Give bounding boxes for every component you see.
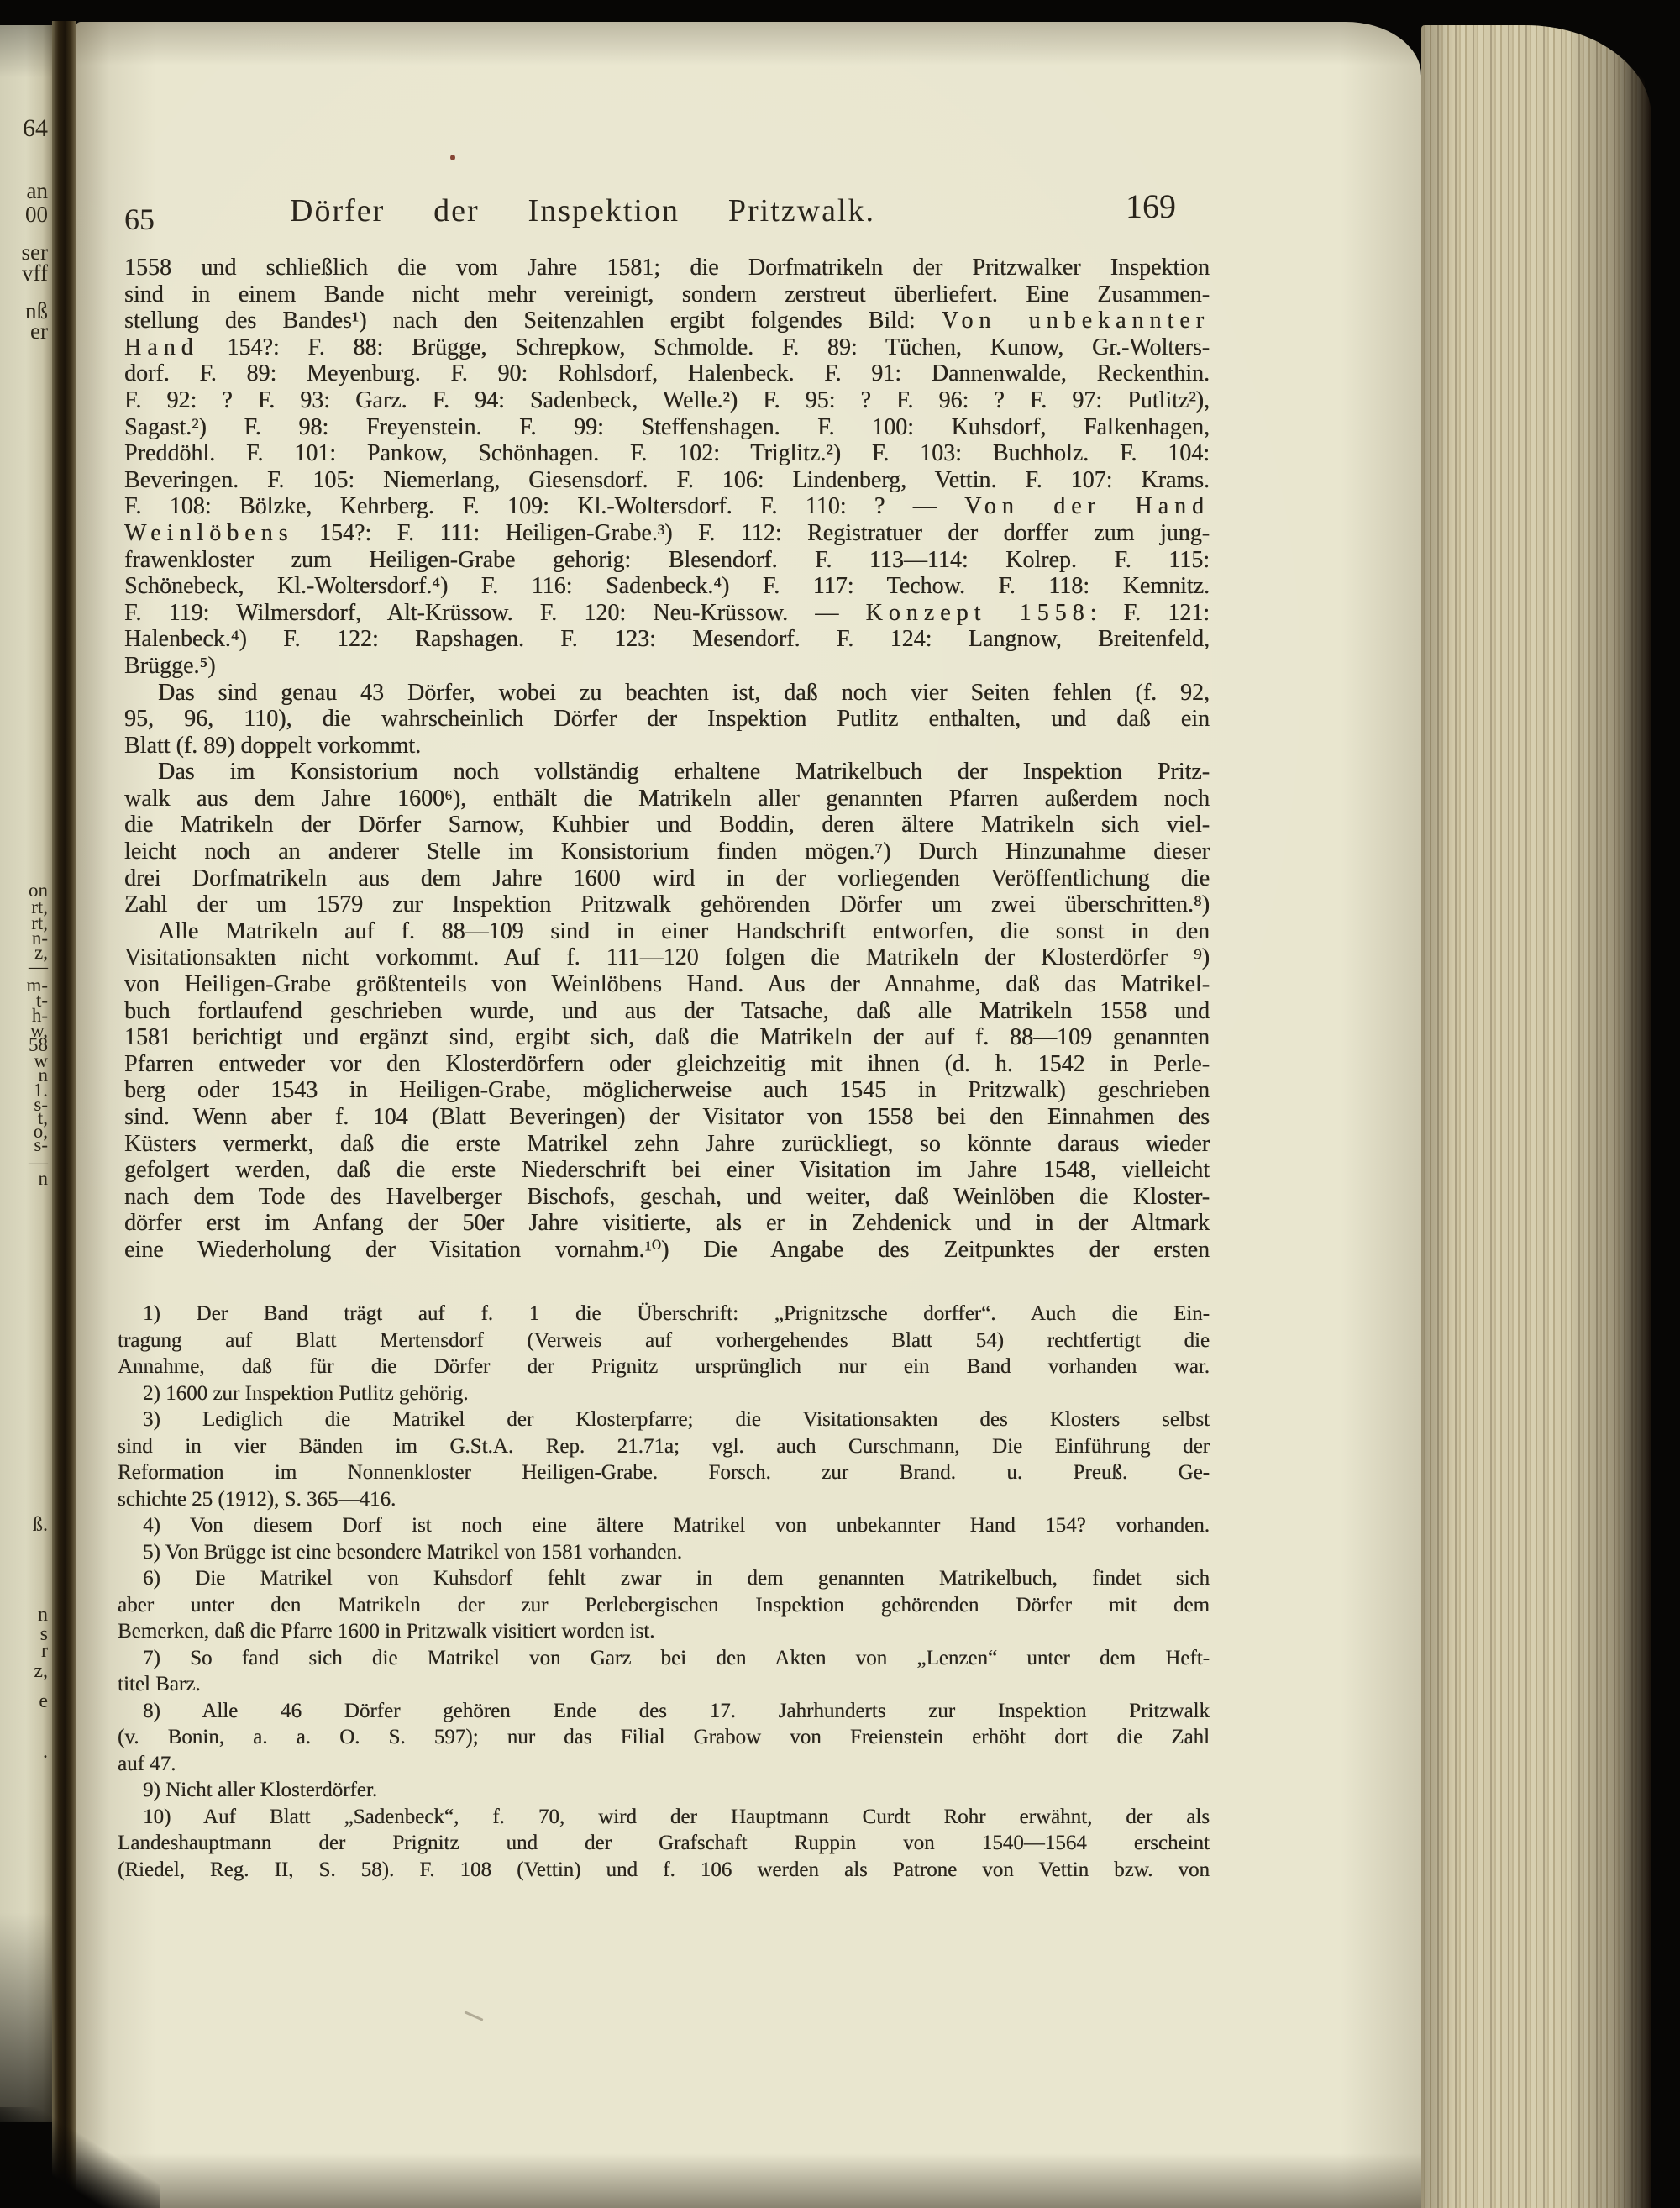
- text-line: 10) Auf Blatt „Sadenbeck“, f. 70, wird d…: [118, 1804, 1210, 1831]
- edge-text-fragment: an: [27, 180, 48, 202]
- text-line: Schönebeck, Kl.-Woltersdorf.⁴) F. 116: S…: [124, 573, 1210, 600]
- edge-text-fragment: 64: [23, 116, 48, 141]
- edge-text-fragment: er: [30, 320, 48, 343]
- text-line: sind in vier Bänden im G.St.A. Rep. 21.7…: [118, 1433, 1210, 1460]
- footnotes-text: 1) Der Band trägt auf f. 1 die Überschri…: [118, 1301, 1210, 1883]
- text-line: Pfarren entweder vor den Klosterdörfern …: [124, 1051, 1210, 1078]
- text-line: Reformation im Nonnenkloster Heiligen-Gr…: [118, 1459, 1210, 1486]
- text-line: die Matrikeln der Dörfer Sarnow, Kuhbier…: [124, 812, 1210, 839]
- text-line: Halenbeck.⁴) F. 122: Rapshagen. F. 123: …: [124, 626, 1210, 653]
- text-line: auf 47.: [118, 1751, 1210, 1778]
- book-scan-photo: 64an00servffnßeronrt,rt,n-z,—m-t-h-w,58w…: [0, 0, 1680, 2208]
- text-line: 7) So fand sich die Matrikel von Garz be…: [118, 1645, 1210, 1672]
- facing-page-sliver: 64an00servffnßeronrt,rt,n-z,—m-t-h-w,58w…: [0, 25, 52, 2122]
- text-line: 2) 1600 zur Inspektion Putlitz gehörig.: [118, 1380, 1210, 1407]
- text-line: sind in einem Bande nicht mehr vereinigt…: [124, 281, 1210, 308]
- text-line: Blatt (f. 89) doppelt vorkommt.: [124, 733, 1210, 760]
- text-line: Das im Konsistorium noch vollständig erh…: [124, 759, 1210, 786]
- body-text: 1558 und schließlich die vom Jahre 1581;…: [124, 255, 1210, 1264]
- edge-text-fragment: .: [43, 1742, 48, 1762]
- text-line: leicht noch an anderer Stelle im Konsist…: [124, 839, 1210, 865]
- running-header-title: Dörfer der Inspektion Pritzwalk.: [290, 195, 875, 227]
- edge-text-fragment: z,: [34, 1661, 48, 1681]
- edge-text-fragment: ß.: [33, 1515, 48, 1535]
- text-line: 8) Alle 46 Dörfer gehören Ende des 17. J…: [118, 1698, 1210, 1725]
- text-line: dorf. F. 89: Meyenburg. F. 90: Rohlsdorf…: [124, 360, 1210, 387]
- text-line: dörfer erst im Anfang der 50er Jahre vis…: [124, 1210, 1210, 1237]
- text-line: nach dem Tode des Havelberger Bischofs, …: [124, 1184, 1210, 1211]
- page-stack-fore-edge: [1421, 25, 1651, 2208]
- text-line: 1) Der Band trägt auf f. 1 die Überschri…: [118, 1301, 1210, 1327]
- text-line: stellung des Bandes¹) nach den Seitenzah…: [124, 308, 1210, 334]
- text-line: Hand 154?: F. 88: Brügge, Schrepkow, Sch…: [124, 334, 1210, 361]
- text-line: schichte 25 (1912), S. 365—416.: [118, 1486, 1210, 1513]
- paper-speck: [450, 155, 455, 160]
- text-line: tragung auf Blatt Mertensdorf (Verweis a…: [118, 1327, 1210, 1354]
- edge-text-fragment: 00: [25, 203, 48, 226]
- text-line: Preddöhl. F. 101: Pankow, Schönhagen. F.…: [124, 440, 1210, 467]
- text-line: Weinlöbens 154?: F. 111: Heiligen-Grabe.…: [124, 520, 1210, 547]
- text-line: F. 92: ? F. 93: Garz. F. 94: Sadenbeck, …: [124, 387, 1210, 414]
- text-line: Brügge.⁵): [124, 653, 1210, 680]
- text-line: gefolgert werden, daß die erste Niedersc…: [124, 1157, 1210, 1184]
- text-line: 6) Die Matrikel von Kuhsdorf fehlt zwar …: [118, 1565, 1210, 1592]
- text-line: (Riedel, Reg. II, S. 58). F. 108 (Vettin…: [118, 1857, 1210, 1884]
- text-line: (v. Bonin, a. a. O. S. 597); nur das Fil…: [118, 1724, 1210, 1751]
- gutter-shadow: [52, 21, 76, 2208]
- text-line: sind. Wenn aber f. 104 (Blatt Beveringen…: [124, 1104, 1210, 1131]
- text-line: buch fortlaufend geschrieben wurde, und …: [124, 998, 1210, 1025]
- text-line: walk aus dem Jahre 1600⁶), enthält die M…: [124, 786, 1210, 812]
- text-line: Alle Matrikeln auf f. 88—109 sind in ein…: [124, 918, 1210, 945]
- bottom-left-shadow: [0, 2107, 160, 2208]
- text-line: frawenkloster zum Heiligen-Grabe gehorig…: [124, 547, 1210, 574]
- secondary-page-number: 65: [124, 204, 155, 234]
- edge-text-fragment: —: [29, 957, 48, 976]
- text-line: 1558 und schließlich die vom Jahre 1581;…: [124, 255, 1210, 281]
- text-line: Visitationsakten nicht vorkommt. Auf f. …: [124, 944, 1210, 971]
- text-line: F. 108: Bölzke, Kehrberg. F. 109: Kl.-Wo…: [124, 493, 1210, 520]
- edge-text-fragment: r: [41, 1641, 48, 1661]
- edge-text-fragment: n: [38, 1605, 48, 1625]
- edge-text-fragment: e: [39, 1691, 48, 1711]
- text-line: 5) Von Brügge ist eine besondere Matrike…: [118, 1539, 1210, 1566]
- text-line: Sagast.²) F. 98: Freyenstein. F. 99: Ste…: [124, 414, 1210, 441]
- text-line: berg oder 1543 in Heiligen-Grabe, möglic…: [124, 1077, 1210, 1104]
- edge-text-fragment: n: [39, 1169, 49, 1188]
- text-line: 1581 berichtigt und ergänzt sind, ergibt…: [124, 1024, 1210, 1051]
- text-line: Landeshauptmann der Prignitz und der Gra…: [118, 1830, 1210, 1857]
- text-line: Zahl der um 1579 zur Inspektion Pritzwal…: [124, 891, 1210, 918]
- text-line: 4) Von diesem Dorf ist noch eine ältere …: [118, 1512, 1210, 1539]
- text-line: drei Dorfmatrikeln aus dem Jahre 1600 wi…: [124, 865, 1210, 892]
- text-line: 9) Nicht aller Klosterdörfer.: [118, 1777, 1210, 1804]
- text-line: titel Barz.: [118, 1671, 1210, 1698]
- text-line: Bemerken, daß die Pfarre 1600 in Pritzwa…: [118, 1618, 1210, 1645]
- text-line: 95, 96, 110), die wahrscheinlich Dörfer …: [124, 706, 1210, 733]
- text-line: 3) Lediglich die Matrikel der Klosterpfa…: [118, 1406, 1210, 1433]
- text-line: F. 119: Wilmersdorf, Alt-Krüssow. F. 120…: [124, 600, 1210, 627]
- text-line: Beveringen. F. 105: Niemerlang, Giesensd…: [124, 467, 1210, 494]
- text-line: aber unter den Matrikeln der zur Perlebe…: [118, 1592, 1210, 1619]
- text-line: Küsters vermerkt, daß die erste Matrikel…: [124, 1131, 1210, 1158]
- text-line: von Heiligen-Grabe größtenteils von Wein…: [124, 971, 1210, 998]
- text-line: Annahme, daß für die Dörfer der Prignitz…: [118, 1354, 1210, 1380]
- edge-text-fragment: vff: [22, 262, 48, 285]
- page-number: 169: [1126, 190, 1176, 223]
- text-line: eine Wiederholung der Visitation vornahm…: [124, 1237, 1210, 1264]
- text-line: Das sind genau 43 Dörfer, wobei zu beach…: [124, 680, 1210, 707]
